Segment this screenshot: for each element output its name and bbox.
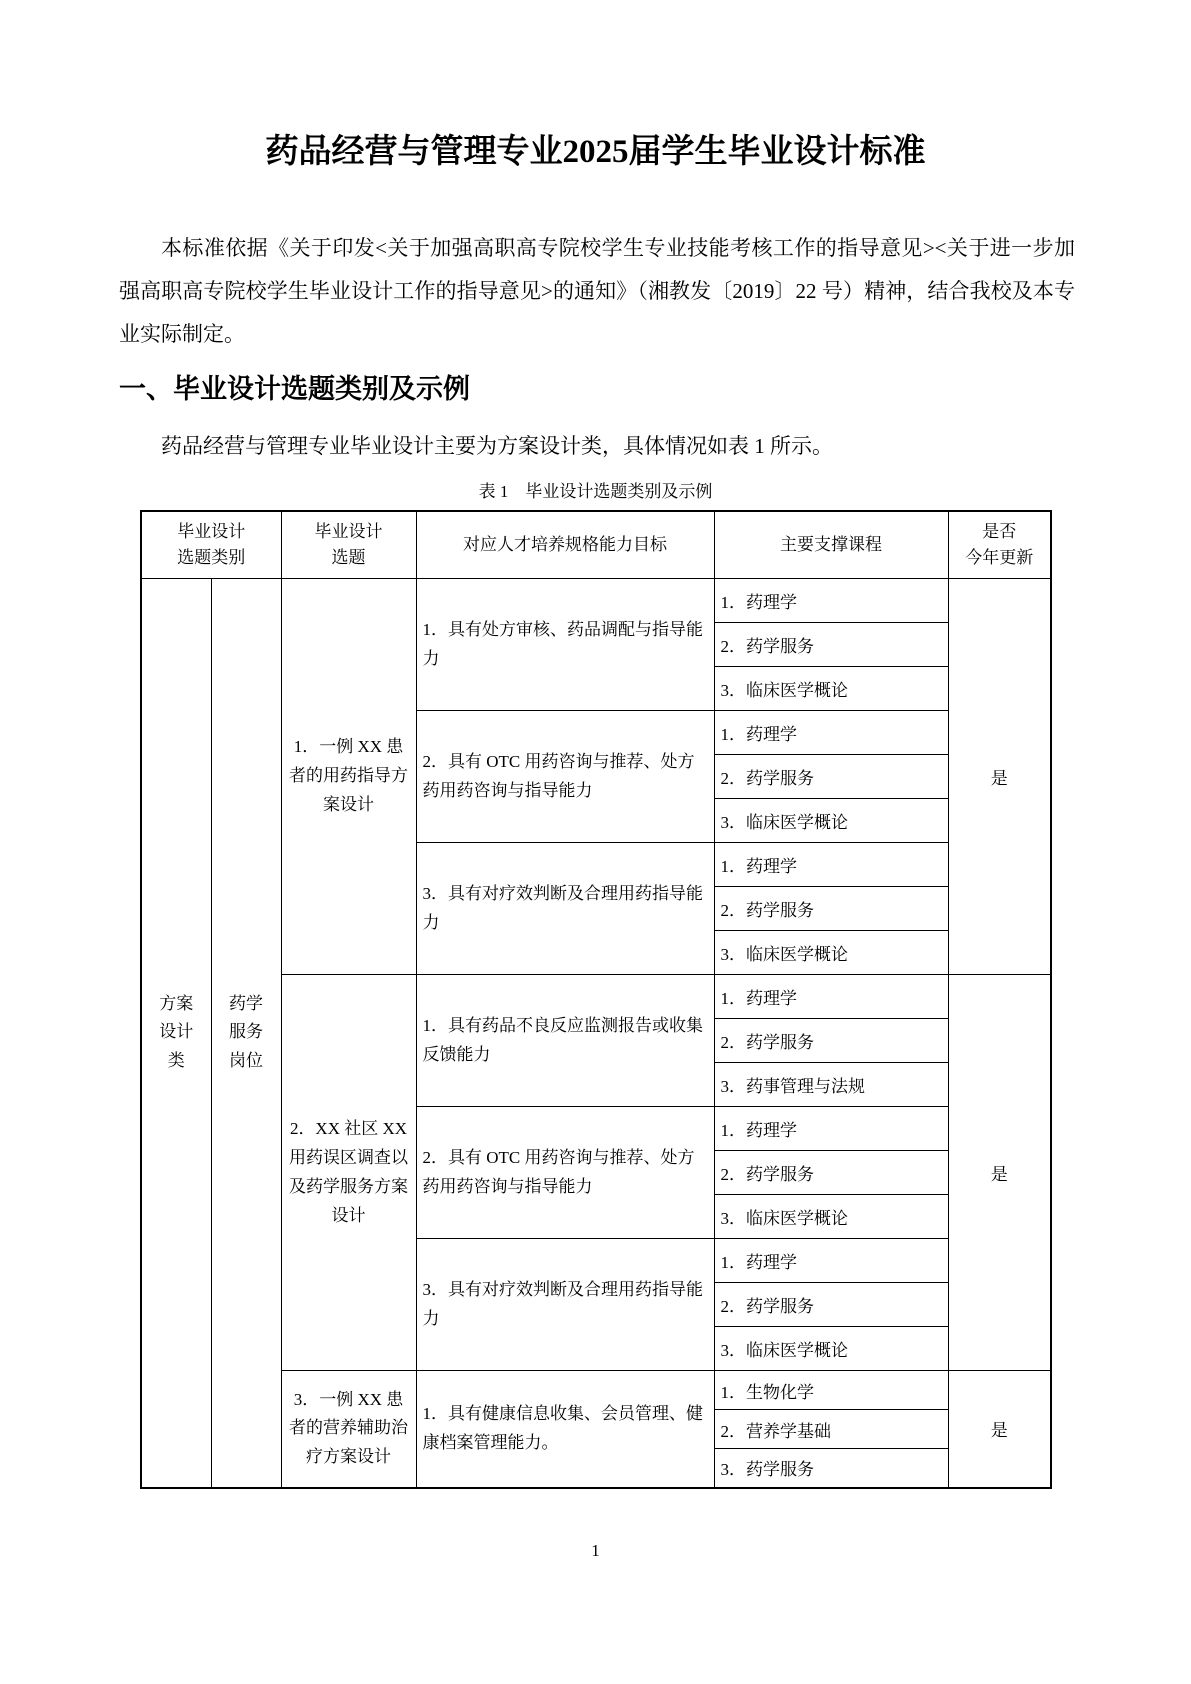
section-heading: 一、毕业设计选题类别及示例 — [119, 372, 1191, 407]
course-cell: 1．药理学 — [714, 579, 948, 623]
course-cell: 2．药学服务 — [714, 1283, 948, 1327]
ability-cell: 3．具有对疗效判断及合理用药指导能力 — [416, 1239, 714, 1371]
intro-paragraph: 本标准依据《关于印发<关于加强高职高专院校学生专业技能考核工作的指导意见><关于… — [119, 227, 1075, 356]
ability-cell: 1．具有处方审核、药品调配与指导能力 — [416, 579, 714, 711]
course-cell: 3．药学服务 — [714, 1449, 948, 1488]
ability-cell: 1．具有健康信息收集、会员管理、健康档案管理能力。 — [416, 1371, 714, 1488]
course-cell: 3．临床医学概论 — [714, 799, 948, 843]
course-cell: 2．药学服务 — [714, 1151, 948, 1195]
course-cell: 3．临床医学概论 — [714, 1195, 948, 1239]
course-cell: 1．药理学 — [714, 1239, 948, 1283]
page-number: 1 — [0, 1541, 1191, 1561]
column-header-ability: 对应人才培养规格能力目标 — [416, 511, 714, 579]
topic-cell: 1．一例 XX 患者的用药指导方案设计 — [281, 579, 416, 975]
course-cell: 3．临床医学概论 — [714, 667, 948, 711]
course-cell: 2．药学服务 — [714, 755, 948, 799]
course-cell: 2．药学服务 — [714, 887, 948, 931]
table-caption: 表 1 毕业设计选题类别及示例 — [0, 477, 1191, 502]
topic-cell: 3．一例 XX 患者的营养辅助治疗方案设计 — [281, 1371, 416, 1488]
course-cell: 2．药学服务 — [714, 1019, 948, 1063]
ability-cell: 3．具有对疗效判断及合理用药指导能力 — [416, 843, 714, 975]
course-cell: 3．药事管理与法规 — [714, 1063, 948, 1107]
column-header-topic: 毕业设计 选题 — [281, 511, 416, 579]
course-cell: 2．药学服务 — [714, 623, 948, 667]
updated-cell: 是 — [948, 579, 1051, 975]
post-cell: 药学 服务 岗位 — [211, 579, 281, 1488]
column-header-category: 毕业设计 选题类别 — [141, 511, 281, 579]
course-cell: 1．药理学 — [714, 1107, 948, 1151]
updated-cell: 是 — [948, 1371, 1051, 1488]
course-cell: 2．营养学基础 — [714, 1410, 948, 1449]
ability-cell: 2．具有 OTC 用药咨询与推荐、处方药用药咨询与指导能力 — [416, 1107, 714, 1239]
topic-cell: 2．XX 社区 XX 用药误区调查以及药学服务方案设计 — [281, 975, 416, 1371]
ability-cell: 1．具有药品不良反应监测报告或收集反馈能力 — [416, 975, 714, 1107]
course-cell: 3．临床医学概论 — [714, 1327, 948, 1371]
topic-selection-table: 毕业设计 选题类别 毕业设计 选题 对应人才培养规格能力目标 主要支撑课程 是否… — [140, 510, 1052, 1489]
category-cell: 方案 设计 类 — [141, 579, 211, 1488]
column-header-updated: 是否 今年更新 — [948, 511, 1051, 579]
course-cell: 1．药理学 — [714, 843, 948, 887]
course-cell: 1．药理学 — [714, 975, 948, 1019]
course-cell: 1．药理学 — [714, 711, 948, 755]
column-header-courses: 主要支撑课程 — [714, 511, 948, 579]
course-cell: 1．生物化学 — [714, 1371, 948, 1410]
course-cell: 3．临床医学概论 — [714, 931, 948, 975]
ability-cell: 2．具有 OTC 用药咨询与推荐、处方药用药咨询与指导能力 — [416, 711, 714, 843]
section-intro-paragraph: 药品经营与管理专业毕业设计主要为方案设计类，具体情况如表 1 所示。 — [119, 431, 1075, 461]
document-title: 药品经营与管理专业2025届学生毕业设计标准 — [110, 130, 1081, 175]
updated-cell: 是 — [948, 975, 1051, 1371]
